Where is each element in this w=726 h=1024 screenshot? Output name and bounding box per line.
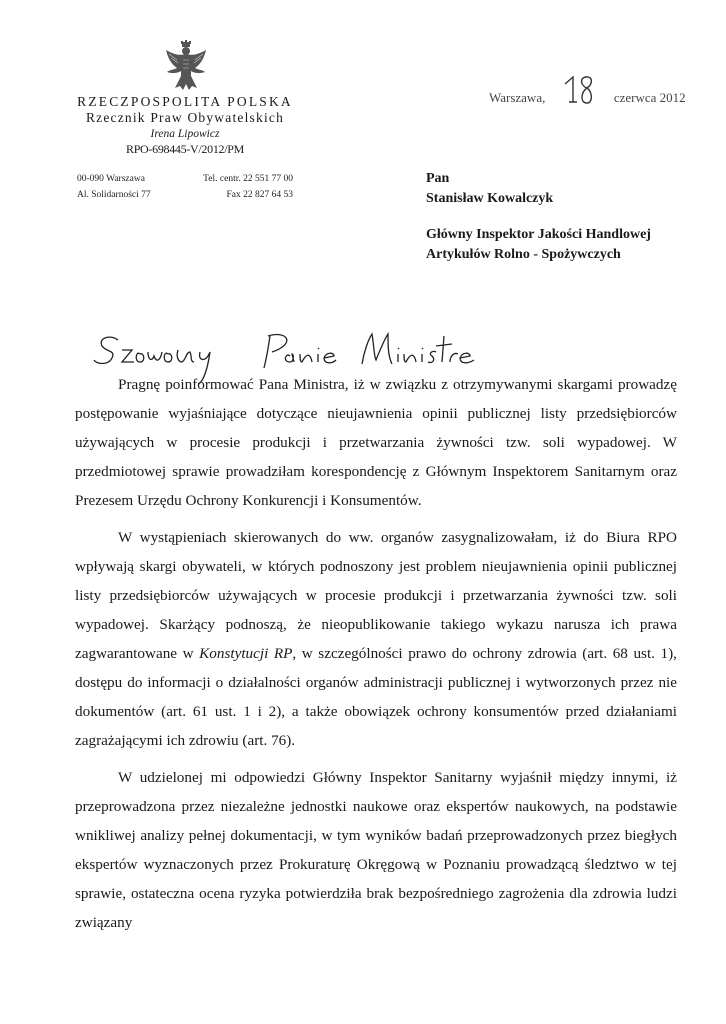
date-day-handwritten: [549, 88, 611, 102]
letter-body: Pragnę poinformować Pana Ministra, iż w …: [75, 370, 677, 945]
polish-eagle-emblem-icon: [163, 40, 209, 92]
paragraph-2: W wystąpieniach skierowanych do ww. orga…: [75, 523, 677, 755]
country-name: RZECZPOSPOLITA POLSKA: [70, 94, 300, 110]
reference-number: RPO-698445-V/2012/PM: [70, 142, 300, 157]
fax-number: Fax 22 827 64 53: [190, 187, 293, 203]
letterhead: RZECZPOSPOLITA POLSKA Rzecznik Praw Obyw…: [70, 94, 300, 157]
constitution-reference: Konstytucji RP: [199, 645, 292, 662]
recipient-title-line2: Artykułów Rolno - Spożywczych: [426, 245, 651, 265]
letter-date: Warszawa, czerwca 2012: [489, 88, 686, 106]
recipient-title-line1: Główny Inspektor Jakości Handlowej: [426, 225, 651, 245]
signatory-name: Irena Lipowicz: [70, 127, 300, 142]
phone-number: Tel. centr. 22 551 77 00: [190, 171, 293, 187]
postal-code-city: 00-090 Warszawa: [77, 171, 151, 187]
recipient-salutation: Pan: [426, 169, 651, 189]
date-month-year: czerwca 2012: [614, 90, 686, 105]
recipient-block: Pan Stanisław Kowalczyk Główny Inspektor…: [426, 169, 651, 265]
paragraph-1: Pragnę poinformować Pana Ministra, iż w …: [75, 370, 677, 515]
date-city: Warszawa,: [489, 90, 545, 105]
recipient-name: Stanisław Kowalczyk: [426, 189, 651, 209]
street-address: Al. Solidarności 77: [77, 187, 151, 203]
office-contacts: Tel. centr. 22 551 77 00 Fax 22 827 64 5…: [190, 171, 293, 203]
office-name: Rzecznik Praw Obywatelskich: [70, 110, 300, 126]
paragraph-3: W udzielonej mi odpowiedzi Główny Inspek…: [75, 763, 677, 937]
office-address: 00-090 Warszawa Al. Solidarności 77: [77, 171, 151, 203]
